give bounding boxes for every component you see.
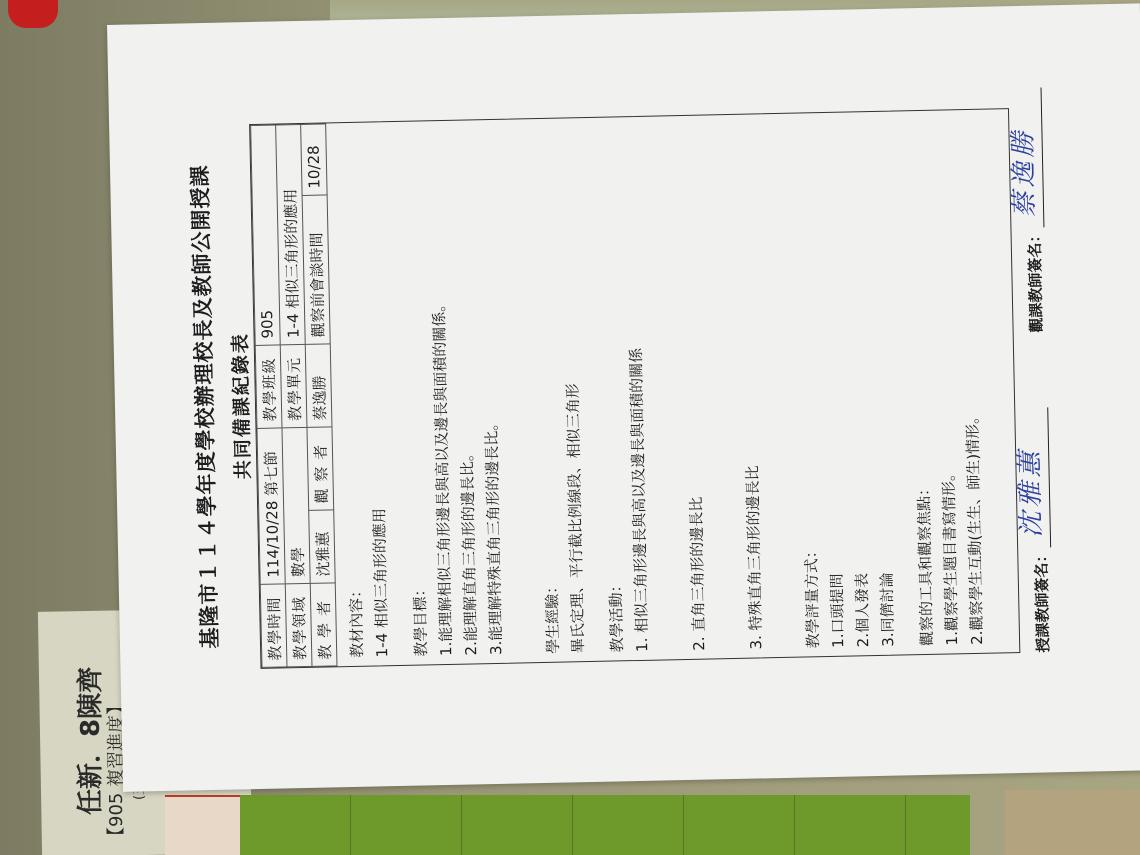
label-domain: 教學領域 <box>285 583 312 667</box>
value-pre-conference-time: 10/28 <box>301 124 327 195</box>
value-observer: 蔡逸勝 <box>305 344 332 428</box>
document-title: 基隆市１１４學年度學校辦理校長及教師公開授課 <box>181 23 227 790</box>
label-teacher: 教 學 者 <box>310 583 337 667</box>
observer-signature-line: 蔡逸勝 <box>1021 87 1045 227</box>
record-frame: 教學時間 114/10/28 第七節 教學班級 905 教學領域 數學 教學單元… <box>249 108 1020 669</box>
label-teaching-time: 教學時間 <box>260 584 287 668</box>
observer-signature: 蔡逸勝 <box>1002 127 1041 218</box>
teacher-signature-label: 授課教師簽名： <box>1032 547 1052 652</box>
background-green-lines <box>240 795 970 855</box>
signature-area: 授課教師簽名：沈雅蕙 觀課教師簽名：蔡逸勝 <box>1020 52 1073 653</box>
record-body: 教材內容： 1-4 相似三角形的應用 教學目標： 1.能理解相似三角形邊長與高以… <box>334 118 990 658</box>
observer-signature-block: 觀課教師簽名：蔡逸勝 <box>1021 87 1047 332</box>
background-strip <box>1005 790 1140 855</box>
info-table: 教學時間 114/10/28 第七節 教學班級 905 教學領域 數學 教學單元… <box>250 123 337 667</box>
value-teacher: 沈雅蕙 <box>309 510 336 584</box>
observer-signature-label: 觀課教師簽名： <box>1025 227 1045 332</box>
document-paper: 基隆市１１４學年度學校辦理校長及教師公開授課 共同備課紀錄表 教學時間 114/… <box>107 3 1140 791</box>
label-unit: 教學單元 <box>280 344 307 428</box>
teacher-signature-block: 授課教師簽名：沈雅蕙 <box>1027 407 1053 652</box>
background-stamp <box>165 795 245 855</box>
label-pre-conference-time: 觀察前會談時間 <box>302 195 330 344</box>
red-object <box>8 0 58 28</box>
label-class: 教學班級 <box>255 345 282 429</box>
document-page: 基隆市１１４學年度學校辦理校長及教師公開授課 共同備課紀錄表 教學時間 114/… <box>107 3 1140 791</box>
value-domain: 數學 <box>282 427 310 584</box>
value-teaching-time: 114/10/28 第七節 <box>257 428 285 585</box>
label-observer: 觀 察 者 <box>307 427 334 511</box>
teacher-signature-line: 沈雅蕙 <box>1027 407 1051 547</box>
teacher-signature: 沈雅蕙 <box>1009 447 1048 538</box>
